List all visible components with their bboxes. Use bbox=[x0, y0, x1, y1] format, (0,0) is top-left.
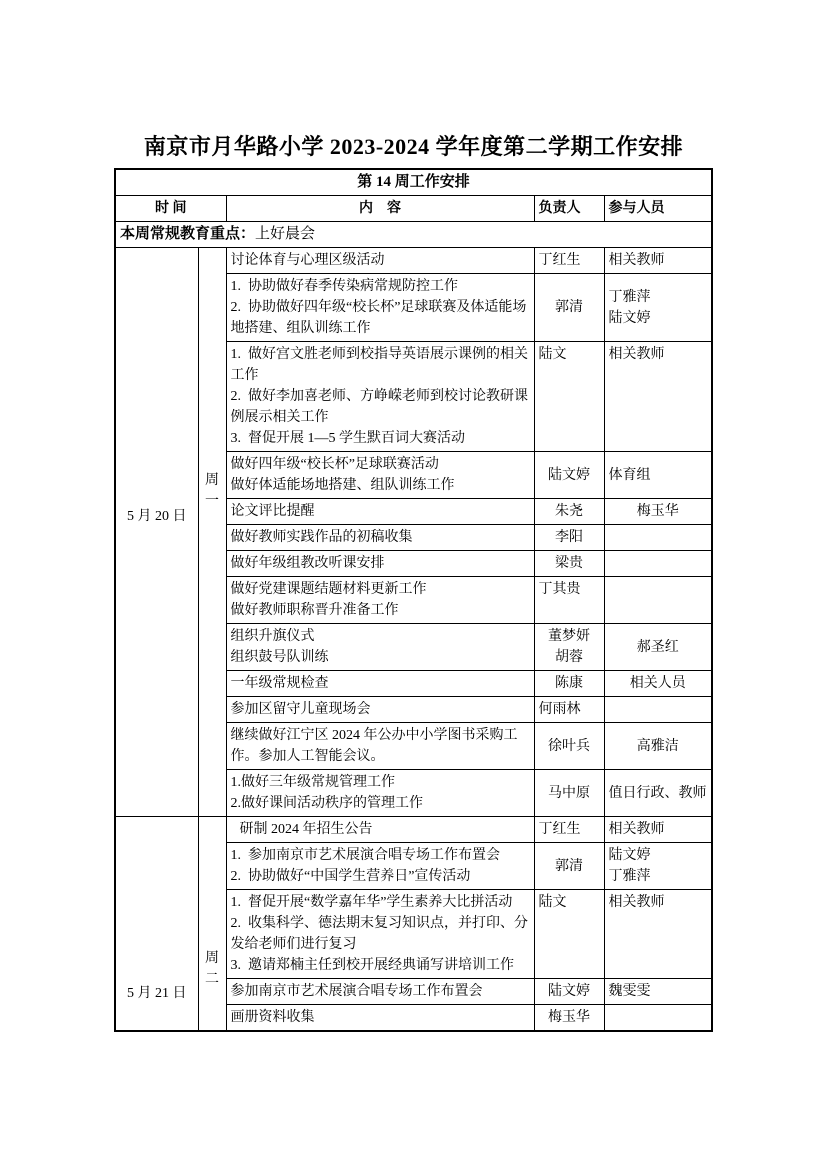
lead-cell: 郭清 bbox=[534, 274, 604, 342]
participants-cell: 相关人员 bbox=[604, 671, 712, 697]
weekday-char: 周 bbox=[203, 948, 222, 969]
content-line: 组织升旗仪式 bbox=[231, 626, 530, 647]
lead-name: 丁红生 bbox=[539, 819, 600, 840]
lead-name: 陆文婷 bbox=[539, 981, 600, 1002]
content-cell: 论文评比提醒 bbox=[226, 499, 534, 525]
lead-name: 董梦妍 bbox=[539, 626, 600, 647]
weekday-cell: 周一 bbox=[198, 248, 226, 817]
lead-name: 郭清 bbox=[539, 856, 600, 877]
weekday-char: 二 bbox=[203, 969, 222, 990]
content-cell: 1. 督促开展“数学嘉年华”学生素养大比拼活动2. 收集科学、德法期末复习知识点… bbox=[226, 890, 534, 979]
lead-cell: 丁红生 bbox=[534, 817, 604, 843]
weekday-cell: 周二 bbox=[198, 817, 226, 1032]
participant-name: 高雅洁 bbox=[609, 736, 708, 757]
content-line: 3. 督促开展 1—5 学生默百词大赛活动 bbox=[231, 428, 530, 449]
content-line: 组织鼓号队训练 bbox=[231, 647, 530, 668]
lead-cell: 朱尧 bbox=[534, 499, 604, 525]
participant-name: 相关教师 bbox=[609, 819, 708, 840]
content-line: 参加区留守儿童现场会 bbox=[231, 699, 530, 720]
table-row: 5 月 20 日周一讨论体育与心理区级活动丁红生相关教师 bbox=[115, 248, 712, 274]
participants-cell: 魏雯雯 bbox=[604, 979, 712, 1005]
content-line: 1. 协助做好春季传染病常规防控工作 bbox=[231, 276, 530, 297]
content-line: 3. 邀请郑楠主任到校开展经典诵写讲培训工作 bbox=[231, 955, 530, 976]
content-line: 做好四年级“校长杯”足球联赛活动 bbox=[231, 454, 530, 475]
participant-name: 郝圣红 bbox=[609, 637, 708, 658]
participant-name: 值日行政、教师 bbox=[609, 783, 708, 804]
content-line: 2. 协助做好四年级“校长杯”足球联赛及体适能场地搭建、组队训练工作 bbox=[231, 297, 530, 339]
participant-name: 相关人员 bbox=[609, 673, 708, 694]
content-line: 画册资料收集 bbox=[231, 1007, 530, 1028]
weekday-char: 周 bbox=[203, 470, 222, 491]
lead-name: 马中原 bbox=[539, 783, 600, 804]
participant-name: 相关教师 bbox=[609, 250, 708, 271]
lead-name: 陆文婷 bbox=[539, 465, 600, 486]
weekday-char: 一 bbox=[203, 491, 222, 512]
page-title: 南京市月华路小学 2023-2024 学年度第二学期工作安排 bbox=[0, 130, 827, 161]
header-lead: 负责人 bbox=[534, 196, 604, 222]
lead-cell: 陆文 bbox=[534, 342, 604, 452]
content-line: 一年级常规检查 bbox=[231, 673, 530, 694]
participants-cell: 陆文婷丁雅萍 bbox=[604, 843, 712, 890]
header-time: 时 间 bbox=[115, 196, 226, 222]
participant-name: 魏雯雯 bbox=[609, 981, 708, 1002]
schedule-body: 第 14 周工作安排 时 间 内 容 负责人 参与人员 本周常规教育重点：上好晨… bbox=[115, 169, 712, 1031]
participants-cell: 相关教师 bbox=[604, 890, 712, 979]
lead-name: 郭清 bbox=[539, 297, 600, 318]
lead-cell: 董梦妍胡蓉 bbox=[534, 624, 604, 671]
content-line: 研制 2024 年招生公告 bbox=[231, 819, 530, 840]
lead-name: 陈康 bbox=[539, 673, 600, 694]
lead-name: 何雨林 bbox=[539, 699, 600, 720]
caption-row: 第 14 周工作安排 bbox=[115, 169, 712, 196]
schedule-table: 第 14 周工作安排 时 间 内 容 负责人 参与人员 本周常规教育重点：上好晨… bbox=[114, 168, 713, 1032]
lead-cell: 陆文婷 bbox=[534, 979, 604, 1005]
document-page: 南京市月华路小学 2023-2024 学年度第二学期工作安排 第 14 周工作安… bbox=[0, 0, 827, 1170]
participant-name: 相关教师 bbox=[609, 892, 708, 913]
participant-name: 陆文婷 bbox=[609, 845, 708, 866]
lead-name: 徐叶兵 bbox=[539, 736, 600, 757]
lead-cell: 丁红生 bbox=[534, 248, 604, 274]
participant-name: 相关教师 bbox=[609, 344, 708, 365]
participants-cell bbox=[604, 577, 712, 624]
participants-cell: 体育组 bbox=[604, 452, 712, 499]
lead-name: 丁其贵 bbox=[539, 579, 600, 600]
lead-name: 朱尧 bbox=[539, 501, 600, 522]
content-line: 论文评比提醒 bbox=[231, 501, 530, 522]
participants-cell: 值日行政、教师 bbox=[604, 770, 712, 817]
content-line: 继续做好江宁区 2024 年公办中小学图书采购工作。参加人工智能会议。 bbox=[231, 725, 530, 767]
participant-name: 陆文婷 bbox=[609, 308, 708, 329]
content-line: 做好教师职称晋升准备工作 bbox=[231, 600, 530, 621]
lead-cell: 陆文 bbox=[534, 890, 604, 979]
content-line: 做好党建课题结题材料更新工作 bbox=[231, 579, 530, 600]
content-cell: 画册资料收集 bbox=[226, 1005, 534, 1032]
header-participants: 参与人员 bbox=[604, 196, 712, 222]
lead-cell: 梁贵 bbox=[534, 551, 604, 577]
content-cell: 讨论体育与心理区级活动 bbox=[226, 248, 534, 274]
table-row: 5 月 21 日周二研制 2024 年招生公告丁红生相关教师 bbox=[115, 817, 712, 843]
lead-name: 陆文 bbox=[539, 344, 600, 365]
lead-name: 胡蓉 bbox=[539, 647, 600, 668]
focus-row: 本周常规教育重点：上好晨会 bbox=[115, 222, 712, 248]
lead-cell: 李阳 bbox=[534, 525, 604, 551]
lead-name: 丁红生 bbox=[539, 250, 600, 271]
header-content: 内 容 bbox=[226, 196, 534, 222]
lead-cell: 郭清 bbox=[534, 843, 604, 890]
content-cell: 做好教师实践作品的初稿收集 bbox=[226, 525, 534, 551]
participants-cell: 丁雅萍陆文婷 bbox=[604, 274, 712, 342]
lead-name: 梁贵 bbox=[539, 553, 600, 574]
focus-value: 上好晨会 bbox=[255, 226, 315, 242]
content-cell: 做好年级组教改听课安排 bbox=[226, 551, 534, 577]
lead-name: 李阳 bbox=[539, 527, 600, 548]
participants-cell: 高雅洁 bbox=[604, 723, 712, 770]
participants-cell bbox=[604, 697, 712, 723]
content-line: 1. 督促开展“数学嘉年华”学生素养大比拼活动 bbox=[231, 892, 530, 913]
content-cell: 做好四年级“校长杯”足球联赛活动做好体适能场地搭建、组队训练工作 bbox=[226, 452, 534, 499]
content-cell: 1. 协助做好春季传染病常规防控工作2. 协助做好四年级“校长杯”足球联赛及体适… bbox=[226, 274, 534, 342]
content-cell: 一年级常规检查 bbox=[226, 671, 534, 697]
participant-name: 丁雅萍 bbox=[609, 287, 708, 308]
participants-cell: 梅玉华 bbox=[604, 499, 712, 525]
participant-name: 梅玉华 bbox=[609, 501, 708, 522]
content-line: 做好体适能场地搭建、组队训练工作 bbox=[231, 475, 530, 496]
focus-label: 本周常规教育重点： bbox=[120, 226, 255, 242]
content-cell: 继续做好江宁区 2024 年公办中小学图书采购工作。参加人工智能会议。 bbox=[226, 723, 534, 770]
content-line: 1.做好三年级常规管理工作 bbox=[231, 772, 530, 793]
participants-cell: 相关教师 bbox=[604, 248, 712, 274]
lead-cell: 陆文婷 bbox=[534, 452, 604, 499]
participants-cell bbox=[604, 1005, 712, 1032]
content-line: 1. 做好宫文胜老师到校指导英语展示课例的相关工作 bbox=[231, 344, 530, 386]
content-line: 2. 做好李加喜老师、方峥嵘老师到校讨论教研课例展示相关工作 bbox=[231, 386, 530, 428]
lead-name: 陆文 bbox=[539, 892, 600, 913]
lead-cell: 徐叶兵 bbox=[534, 723, 604, 770]
participant-name: 丁雅萍 bbox=[609, 866, 708, 887]
participants-cell: 相关教师 bbox=[604, 342, 712, 452]
content-line: 讨论体育与心理区级活动 bbox=[231, 250, 530, 271]
lead-cell: 丁其贵 bbox=[534, 577, 604, 624]
content-line: 2.做好课间活动秩序的管理工作 bbox=[231, 793, 530, 814]
content-cell: 1.做好三年级常规管理工作2.做好课间活动秩序的管理工作 bbox=[226, 770, 534, 817]
table-caption: 第 14 周工作安排 bbox=[115, 169, 712, 196]
lead-cell: 马中原 bbox=[534, 770, 604, 817]
lead-cell: 陈康 bbox=[534, 671, 604, 697]
lead-cell: 梅玉华 bbox=[534, 1005, 604, 1032]
content-line: 做好年级组教改听课安排 bbox=[231, 553, 530, 574]
participants-cell: 相关教师 bbox=[604, 817, 712, 843]
content-line: 参加南京市艺术展演合唱专场工作布置会 bbox=[231, 981, 530, 1002]
participants-cell: 郝圣红 bbox=[604, 624, 712, 671]
participants-cell bbox=[604, 551, 712, 577]
content-cell: 参加区留守儿童现场会 bbox=[226, 697, 534, 723]
content-line: 2. 协助做好“中国学生营养日”宣传活动 bbox=[231, 866, 530, 887]
content-cell: 1. 参加南京市艺术展演合唱专场工作布置会2. 协助做好“中国学生营养日”宣传活… bbox=[226, 843, 534, 890]
participants-cell bbox=[604, 525, 712, 551]
content-cell: 研制 2024 年招生公告 bbox=[226, 817, 534, 843]
focus-cell: 本周常规教育重点：上好晨会 bbox=[115, 222, 712, 248]
content-line: 2. 收集科学、德法期末复习知识点，并打印、分发给老师们进行复习 bbox=[231, 913, 530, 955]
content-cell: 参加南京市艺术展演合唱专场工作布置会 bbox=[226, 979, 534, 1005]
date-cell: 5 月 20 日 bbox=[115, 248, 198, 817]
lead-cell: 何雨林 bbox=[534, 697, 604, 723]
content-line: 做好教师实践作品的初稿收集 bbox=[231, 527, 530, 548]
content-cell: 1. 做好宫文胜老师到校指导英语展示课例的相关工作2. 做好李加喜老师、方峥嵘老… bbox=[226, 342, 534, 452]
participant-name: 体育组 bbox=[609, 465, 708, 486]
lead-name: 梅玉华 bbox=[539, 1007, 600, 1028]
content-line: 1. 参加南京市艺术展演合唱专场工作布置会 bbox=[231, 845, 530, 866]
content-cell: 做好党建课题结题材料更新工作做好教师职称晋升准备工作 bbox=[226, 577, 534, 624]
date-cell: 5 月 21 日 bbox=[115, 817, 198, 1032]
header-row: 时 间 内 容 负责人 参与人员 bbox=[115, 196, 712, 222]
content-cell: 组织升旗仪式组织鼓号队训练 bbox=[226, 624, 534, 671]
